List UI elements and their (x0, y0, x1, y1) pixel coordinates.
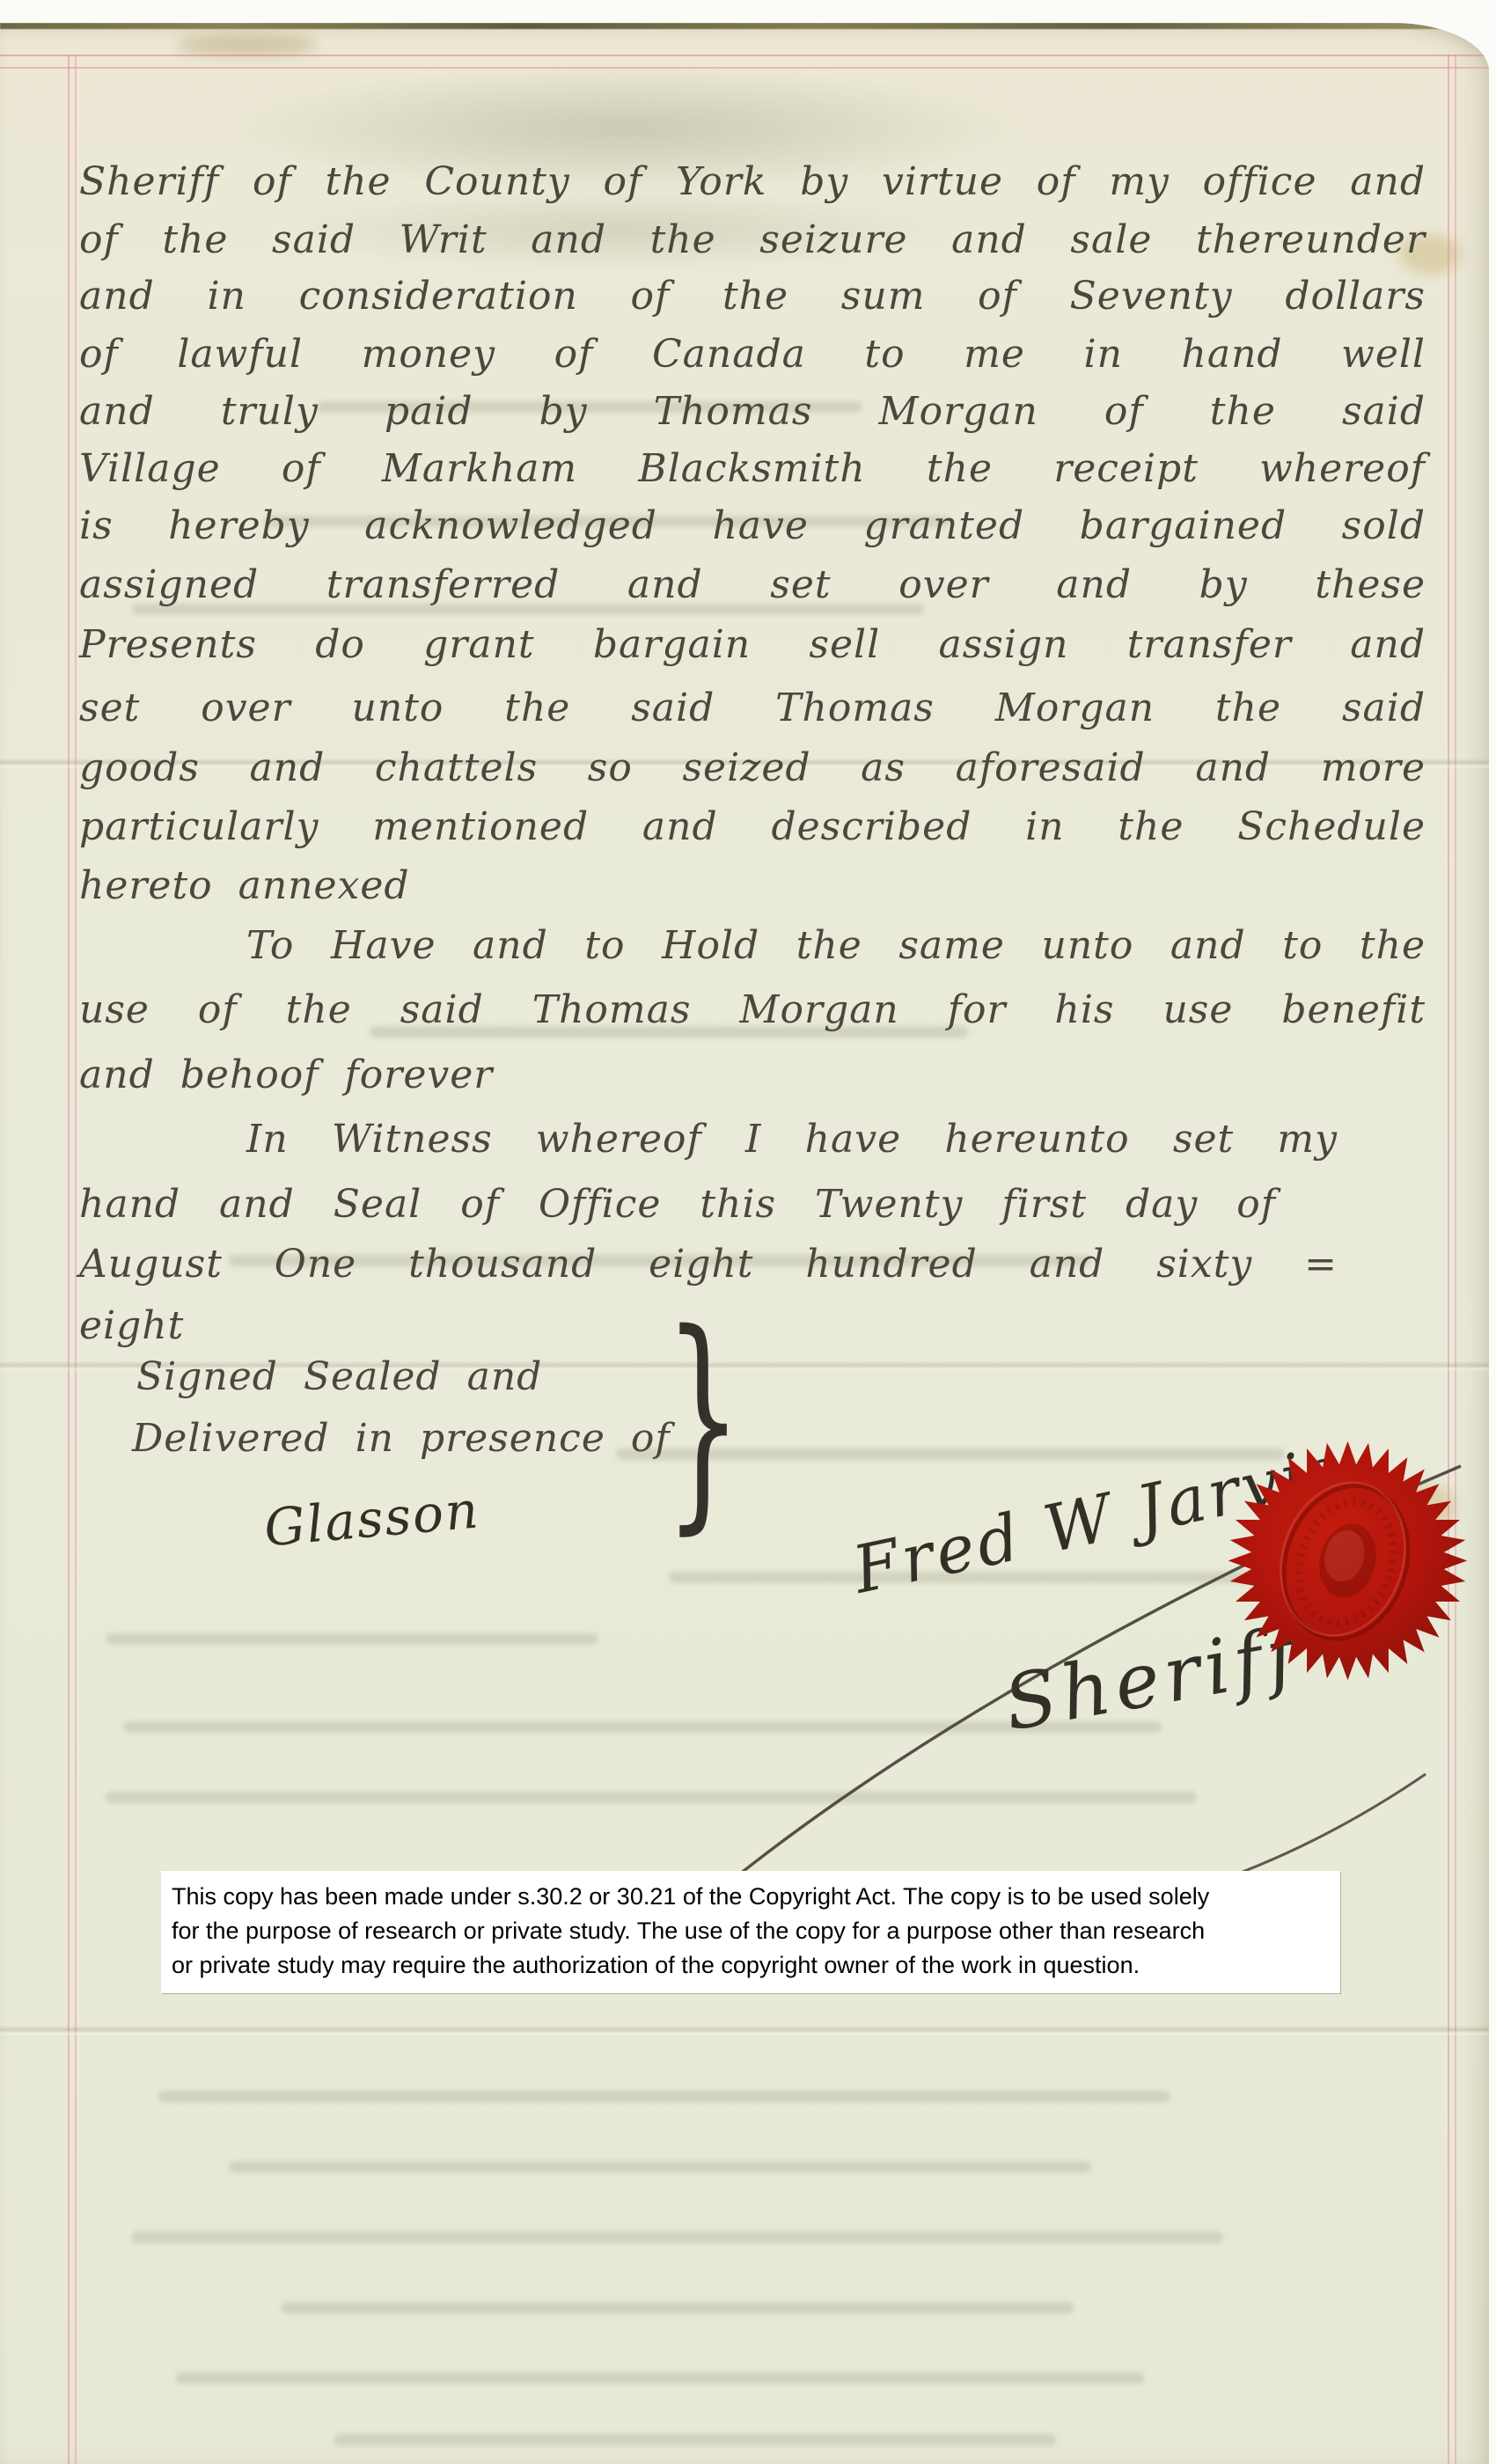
bleedthrough-ghost (282, 2302, 1074, 2314)
handwritten-line: Sheriff of the County of York by virtue … (79, 157, 1426, 208)
handwritten-line: goods and chattels so seized as aforesai… (79, 743, 1426, 794)
handwritten-line: assigned transferred and set over and by… (79, 560, 1426, 611)
handwritten-line: set over unto the said Thomas Morgan the… (79, 683, 1426, 734)
margin-rule-top-2 (0, 67, 1489, 69)
handwritten-line: hand and Seal of Office this Twenty firs… (79, 1179, 1276, 1230)
bleedthrough-ghost (106, 1633, 598, 1645)
paper: Sheriff of the County of York by virtue … (0, 23, 1489, 2464)
handwritten-line: To Have and to Hold the same unto and to… (246, 920, 1426, 972)
handwritten-line: of lawful money of Canada to me in hand … (79, 329, 1426, 380)
bleedthrough-ghost (176, 2372, 1144, 2384)
witness-signature: Glasson (262, 1479, 482, 1558)
bleedthrough-ghost (334, 2434, 1056, 2446)
handwritten-line: August One thousand eight hundred and si… (79, 1239, 1338, 1290)
margin-rule-right-1 (1448, 55, 1449, 2464)
handwritten-line: Presents do grant bargain sell assign tr… (79, 620, 1426, 671)
copyright-notice: This copy has been made under s.30.2 or … (161, 1871, 1340, 1993)
handwritten-line: hereto annexed (79, 861, 871, 912)
handwritten-line: In Witness whereof I have hereunto set m… (246, 1114, 1338, 1165)
handwritten-line: and behoof forever (79, 1050, 871, 1101)
handwritten-line: eight (79, 1301, 431, 1352)
copyright-notice-line: This copy has been made under s.30.2 or … (172, 1880, 1330, 1914)
wax-seal-image (1226, 1434, 1470, 1687)
handwritten-line: and truly paid by Thomas Morgan of the s… (79, 386, 1426, 437)
handwritten-line: of the said Writ and the seizure and sal… (79, 215, 1426, 266)
bleedthrough-ghost (229, 2161, 1091, 2173)
handwritten-line: Village of Markham Blacksmith the receip… (79, 444, 1426, 495)
handwritten-line: use of the said Thomas Morgan for his us… (79, 985, 1426, 1036)
bleedthrough-ghost (132, 2232, 1223, 2243)
torn-edge (0, 23, 1489, 29)
fold-crease (0, 2026, 1489, 2036)
handwritten-line: particularly mentioned and described in … (79, 802, 1426, 853)
wax-seal (1226, 1434, 1470, 1687)
bleedthrough-ghost (158, 2091, 1170, 2102)
handwritten-line: is hereby acknowledged have granted barg… (79, 501, 1426, 552)
copyright-notice-line: or private study may require the authori… (172, 1948, 1330, 1983)
margin-rule-left-1 (68, 55, 70, 2464)
handwritten-line: and in consideration of the sum of Seven… (79, 271, 1426, 322)
margin-rule-left-2 (75, 55, 77, 2464)
copyright-notice-line: for the purpose of research or private s… (172, 1914, 1330, 1948)
paper-stain (176, 33, 317, 56)
margin-rule-right-2 (1455, 55, 1456, 2464)
scanned-document-page: { "doc": { "lines": [ "Sheriff of the Co… (0, 0, 1496, 2464)
